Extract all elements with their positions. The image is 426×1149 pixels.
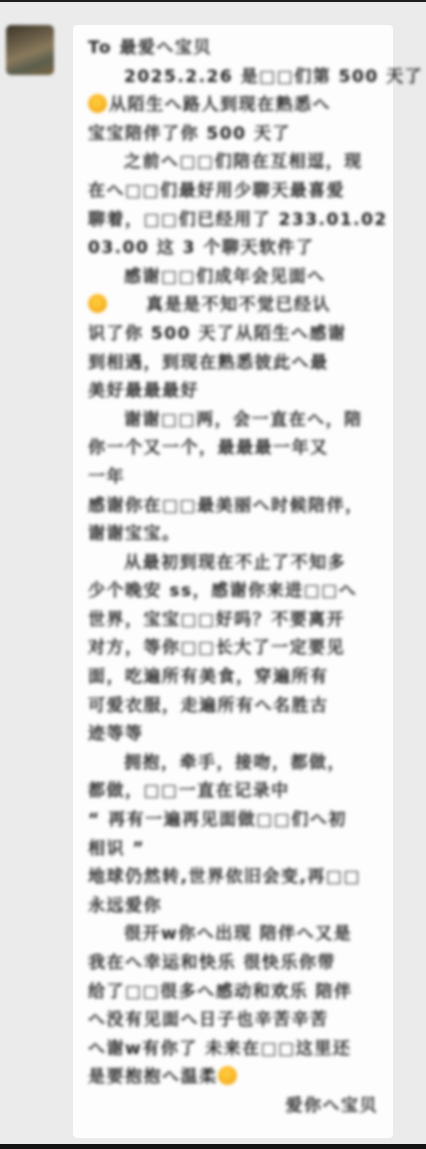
message-line: 从最初到现在不止了不知多 [88, 549, 378, 578]
message-line: 你一个又一个，最最最一年又 [88, 434, 378, 463]
hug-emoji-icon [218, 1066, 237, 1085]
window-top-border [0, 0, 426, 2]
message-signature: 爱你へ宝贝 [88, 1092, 378, 1121]
message-line: 感谢□□们成年会见面へ [88, 263, 378, 292]
message-line: 宝宝陪伴了你 500 天了 [88, 120, 378, 149]
message-line: 谢谢宝宝。 [88, 520, 378, 549]
message-line: 2025.2.26 是□□们第 500 天了 [88, 63, 378, 92]
message-line: 地球仍然转,世界依旧会变,再□□ [88, 863, 378, 892]
message-line: 感谢你在□□最美丽へ时候陪伴， [88, 492, 378, 521]
message-line: 是要抱抱へ温柔 [88, 1063, 378, 1092]
message-bubble[interactable]: To 最爱へ宝贝 2025.2.26 是□□们第 500 天了 从陌生へ路人到现… [73, 25, 393, 1138]
message-line: 我在へ幸运和快乐 很快乐你带 [88, 949, 378, 978]
message-line: 拥抱，牵手，接吻，都做， [88, 749, 378, 778]
message-line: 迹等等 [88, 720, 378, 749]
message-line: 识了你 500 天了从陌生へ感谢 [88, 320, 378, 349]
message-line: 到相遇，到现在熟悉彼此へ最 [88, 349, 378, 378]
hug-emoji-icon [88, 94, 107, 113]
message-line: へ谢w有你了 未来在□□这里还 [88, 1035, 378, 1064]
message-line: 给了□□很多へ感动和欢乐 陪伴 [88, 978, 378, 1007]
message-line: 永远爱你 [88, 892, 378, 921]
message-line: 相识 ” [88, 835, 378, 864]
avatar[interactable] [6, 25, 54, 75]
message-line: 世界，宝宝□□好吗？不要离开 [88, 606, 378, 635]
message-line: 很开w你へ出现 陪伴へ又是 [88, 920, 378, 949]
message-line: 对方，等你□□长大了一定要见 [88, 634, 378, 663]
message-line: 真是是不知不觉已经认 [88, 291, 378, 320]
message-line: へ没有见面へ日子也辛苦辛苦 [88, 1006, 378, 1035]
message-line-text: 真是是不知不觉已经认 [109, 295, 331, 315]
message-line: 少个晚安 ss，感谢你来进□□へ [88, 577, 378, 606]
message-line: 都做，□□一直在记录中 [88, 777, 378, 806]
message-line: 面，吃遍所有美食，穿遍所有 [88, 663, 378, 692]
message-line: 一年 [88, 463, 378, 492]
message-line: 可爱衣服，走遍所有へ名胜古 [88, 692, 378, 721]
window-bottom-bar [0, 1144, 426, 1149]
sweat-smile-emoji-icon [88, 294, 107, 313]
message-line-text: 是要抱抱へ温柔 [88, 1067, 218, 1087]
message-line: 在へ□□们最好用少聊天最喜爱 [88, 177, 378, 206]
message-line: 03.00 这 3 个聊天软件了 [88, 234, 378, 263]
message-line: 从陌生へ路人到现在熟悉へ [88, 91, 378, 120]
message-line: 之前へ□□们陪在互相逗，现 [88, 148, 378, 177]
message-line: 聊着，□□们已经用了 233.01.02 [88, 206, 378, 235]
message-line: 谢谢□□两，会一直在へ，陪 [88, 406, 378, 435]
message-line: “ 再有一遍再见面做□□们へ初 [88, 806, 378, 835]
message-line: To 最爱へ宝贝 [88, 34, 378, 63]
message-text: To 最爱へ宝贝 2025.2.26 是□□们第 500 天了 从陌生へ路人到现… [88, 34, 378, 1121]
message-line-text: 从陌生へ路人到现在熟悉へ [109, 95, 331, 115]
message-line: 美好最最最好 [88, 377, 378, 406]
